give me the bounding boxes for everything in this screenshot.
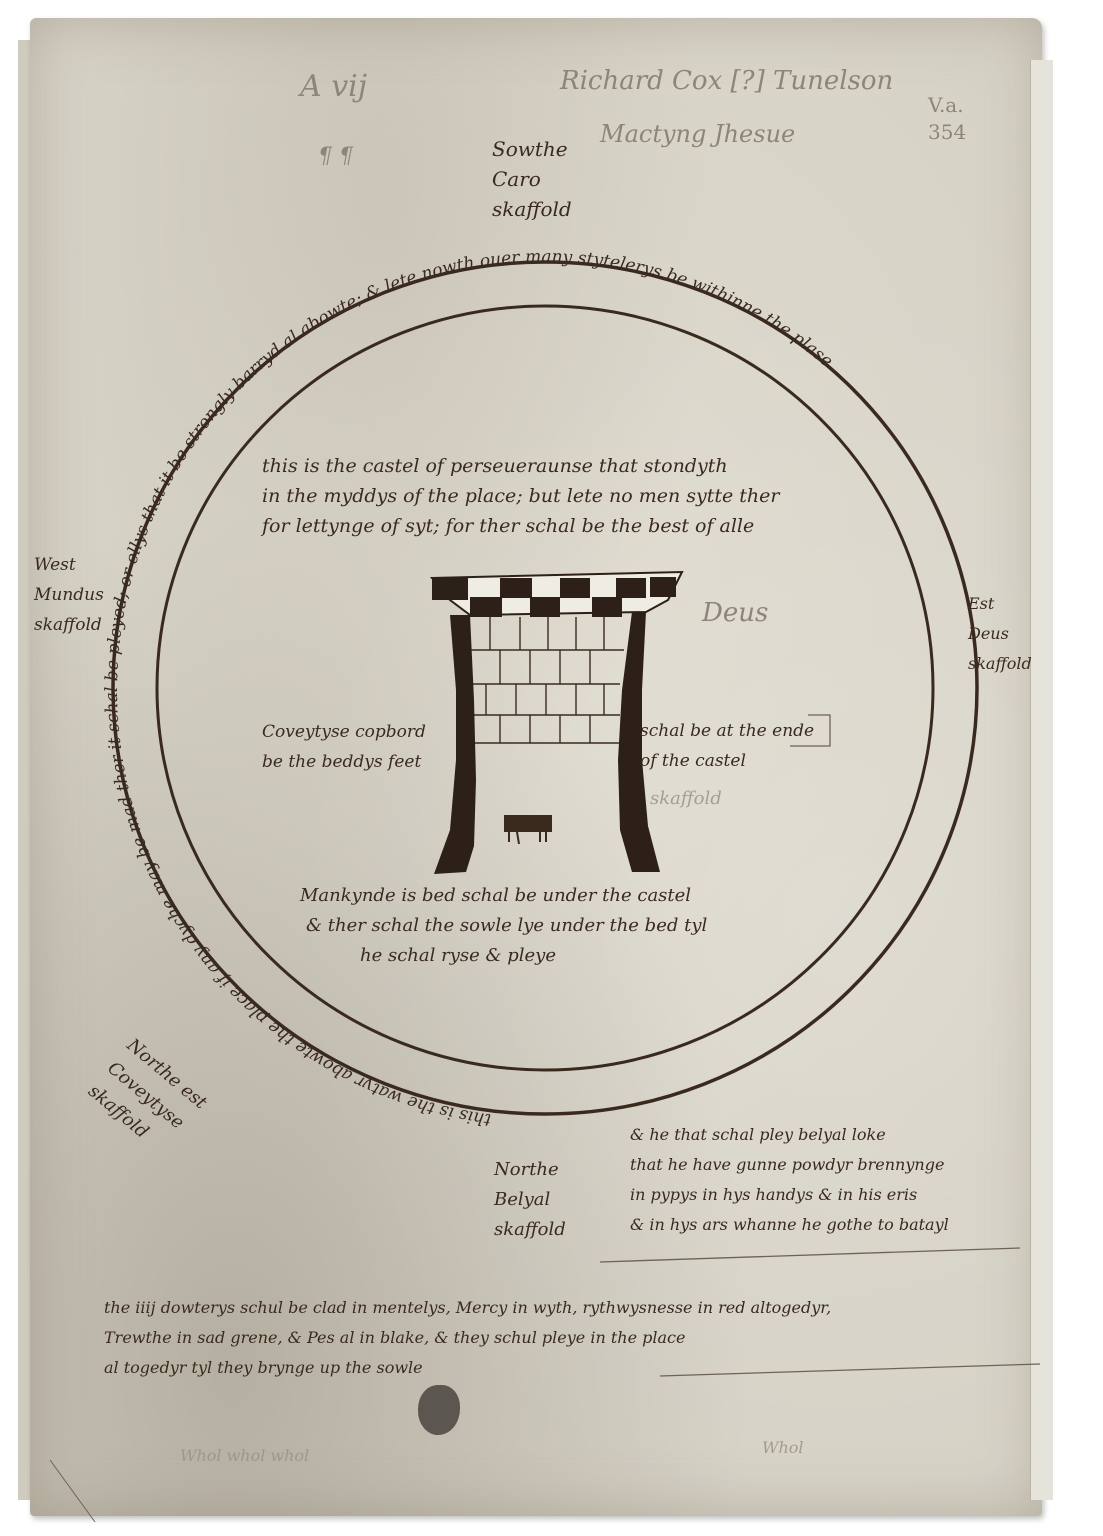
caption-line: in the myddys of the place; but lete no … (262, 478, 779, 508)
corner-fold-line (50, 1460, 95, 1522)
faint-marginal-deus: Deus (702, 600, 768, 626)
note-line: al togedyr tyl they brynge up the sowle (104, 1350, 831, 1380)
pen-trial-left: Whol whol whol (180, 1448, 309, 1464)
signature-second-line: Mactyng Jhesue (600, 122, 795, 146)
scaffold-line: skaffold (968, 648, 1032, 678)
coveytyse-cupboard-note-right: schal be at the ende of the castel (640, 714, 814, 774)
pen-trial-right: Whol (762, 1440, 804, 1456)
note-line: in pypys in hys handys & in his eris (630, 1178, 949, 1208)
scaffold-line: Belyal (494, 1180, 566, 1210)
note-line: schal be at the ende (640, 714, 814, 744)
note-line: & in hys ars whanne he gothe to batayl (630, 1208, 949, 1238)
note-line: be the beddys feet (262, 744, 426, 774)
scaffold-line: West (34, 548, 104, 578)
shelfmark-line-2: 354 (928, 122, 966, 142)
signature: Richard Cox [?] Tunelson (560, 68, 893, 94)
note-line: the iiij dowterys schul be clad in mente… (104, 1290, 831, 1320)
note-line: Coveytyse copbord (262, 714, 426, 744)
four-daughters-note: the iiij dowterys schul be clad in mente… (104, 1290, 831, 1380)
scaffold-line: Caro (492, 160, 572, 190)
caption-line: Mankynde is bed schal be under the caste… (300, 878, 707, 908)
shelfmark-line-1: V.a. (928, 95, 964, 115)
scaffold-line: skaffold (34, 608, 104, 638)
faint-marginal-skaffold: skaffold (650, 790, 722, 808)
note-line: of the castel (640, 744, 814, 774)
scaffold-line: skaffold (494, 1210, 566, 1240)
top-left-scribble: A vij (300, 72, 367, 102)
scaffold-label-top: Sowthe Caro skaffold (492, 130, 572, 220)
castle-caption: this is the castel of perseueraunse that… (262, 448, 779, 538)
scaffold-line: Northe (494, 1150, 566, 1180)
scaffold-line: Mundus (34, 578, 104, 608)
caption-line: this is the castel of perseueraunse that… (262, 448, 779, 478)
scaffold-line: Est (968, 588, 1032, 618)
coveytyse-cupboard-note-left: Coveytyse copbord be the beddys feet (262, 714, 426, 774)
rule-line (600, 1248, 1020, 1262)
scaffold-label-east: Est Deus skaffold (968, 588, 1032, 678)
scaffold-label-west: West Mundus skaffold (34, 548, 104, 638)
caption-line: & ther schal the sowle lye under the bed… (300, 908, 707, 938)
note-line: Trewthe in sad grene, & Pes al in blake,… (104, 1320, 831, 1350)
caption-line: for lettynge of syt; for ther schal be t… (262, 508, 779, 538)
scaffold-line: Sowthe (492, 130, 572, 160)
scaffold-line: Deus (968, 618, 1032, 648)
scaffold-line: skaffold (492, 190, 572, 220)
note-line: & he that schal pley belyal loke (630, 1118, 949, 1148)
belyal-note: & he that schal pley belyal loke that he… (630, 1118, 949, 1238)
top-left-marks: ¶ ¶ (318, 146, 353, 168)
caption-line: he schal ryse & pleye (300, 938, 707, 968)
mankynde-bed-caption: Mankynde is bed schal be under the caste… (300, 878, 707, 968)
bed-drawing (504, 815, 552, 844)
scaffold-label-north: Northe Belyal skaffold (494, 1150, 566, 1240)
note-line: that he have gunne powdyr brennynge (630, 1148, 949, 1178)
